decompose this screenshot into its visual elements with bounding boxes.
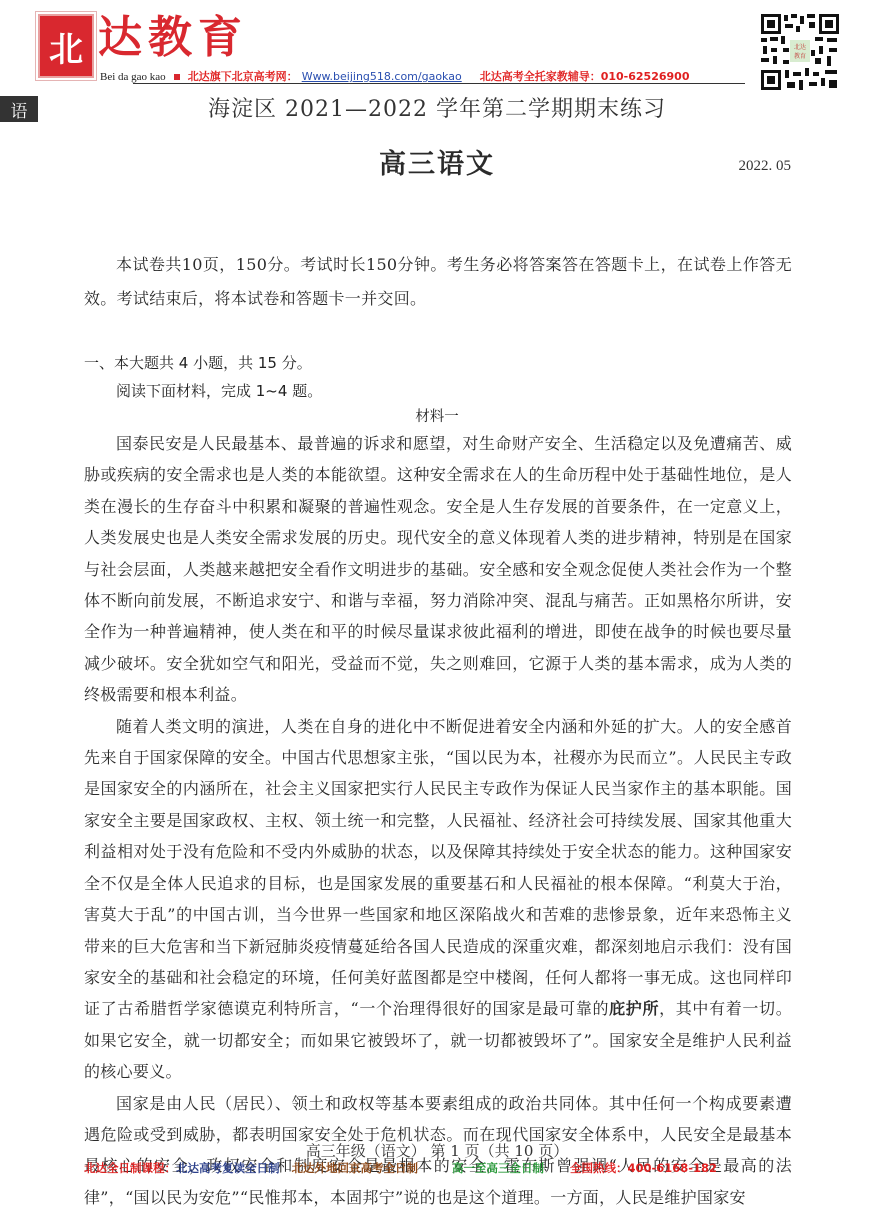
square-bullet-icon <box>174 74 180 80</box>
article-paragraph: 国泰民安是人民最基本、最普遍的诉求和愿望，对生命财产安全、生活稳定以及免遭痛苦、… <box>84 428 792 711</box>
section-instruction: 阅读下面材料，完成 1~4 题。 <box>84 377 322 405</box>
tutor-hotline: 北达高考全托家教辅导：010-62526900 <box>480 68 690 84</box>
material-title: 材料一 <box>0 405 874 426</box>
brand-logo-text: 达教育 <box>98 12 248 64</box>
svg-text:北达: 北达 <box>794 43 806 51</box>
brand-logo-seal: 北 <box>38 14 94 78</box>
exam-instructions: 本试卷共10页，150分。考试时长150分钟。考生务必将答案答在答题卡上，在试卷… <box>84 248 792 316</box>
page-number: 高三年级（语文） 第 1 页（共 10 页） <box>0 1140 874 1161</box>
header-divider <box>133 83 745 84</box>
header-info-line: Bei da gao kao 北达旗下北京高考网： Www.beijing518… <box>100 68 689 84</box>
bold-term: 庇护所 <box>609 999 659 1018</box>
exam-title: 海淀区 2021—2022 学年第二学期期末练习 <box>0 92 874 123</box>
brand-pinyin: Bei da gao kao <box>100 71 166 83</box>
qr-code-icon: 北达 教育 <box>759 12 841 92</box>
logo-glyph: 北 <box>49 22 83 71</box>
article-paragraph: 随着人类文明的演进，人类在自身的进化中不断促进着安全内涵和外延的扩大。人的安全感… <box>84 711 792 1088</box>
footer-ad-repeat-course: 北达高考复读全日制 <box>176 1161 280 1175</box>
footer-ad-line: 北达全日制课程：北达高考复读全日制北达外地回京高考全日制高一至高三全日制全国热线… <box>84 1160 717 1176</box>
footer-ad-return-course: 北达外地回京高考全日制 <box>292 1161 419 1175</box>
footer-hotline: 全国热线：400-6168-182 <box>570 1161 717 1175</box>
svg-text:教育: 教育 <box>794 52 806 60</box>
section-heading: 一、本大题共 4 小题，共 15 分。 <box>84 349 322 377</box>
footer-ad-label: 北达全日制课程： <box>84 1161 176 1175</box>
reading-material: 国泰民安是人民最基本、最普遍的诉求和愿望，对生命财产安全、生活稳定以及免遭痛苦、… <box>84 428 792 1213</box>
paragraph-text: 随着人类文明的演进，人类在自身的进化中不断促进着安全内涵和外延的扩大。人的安全感… <box>84 717 792 1019</box>
site-label: 北达旗下北京高考网： <box>188 68 298 84</box>
instructions-text: 本试卷共10页，150分。考试时长150分钟。考生务必将答案答在答题卡上，在试卷… <box>84 248 792 316</box>
footer-ad-grade-course: 高一至高三全日制 <box>452 1161 544 1175</box>
section-one: 一、本大题共 4 小题，共 15 分。 阅读下面材料，完成 1~4 题。 <box>84 349 322 405</box>
exam-date: 2022. 05 <box>739 158 792 175</box>
site-link[interactable]: Www.beijing518.com/gaokao <box>302 70 462 83</box>
